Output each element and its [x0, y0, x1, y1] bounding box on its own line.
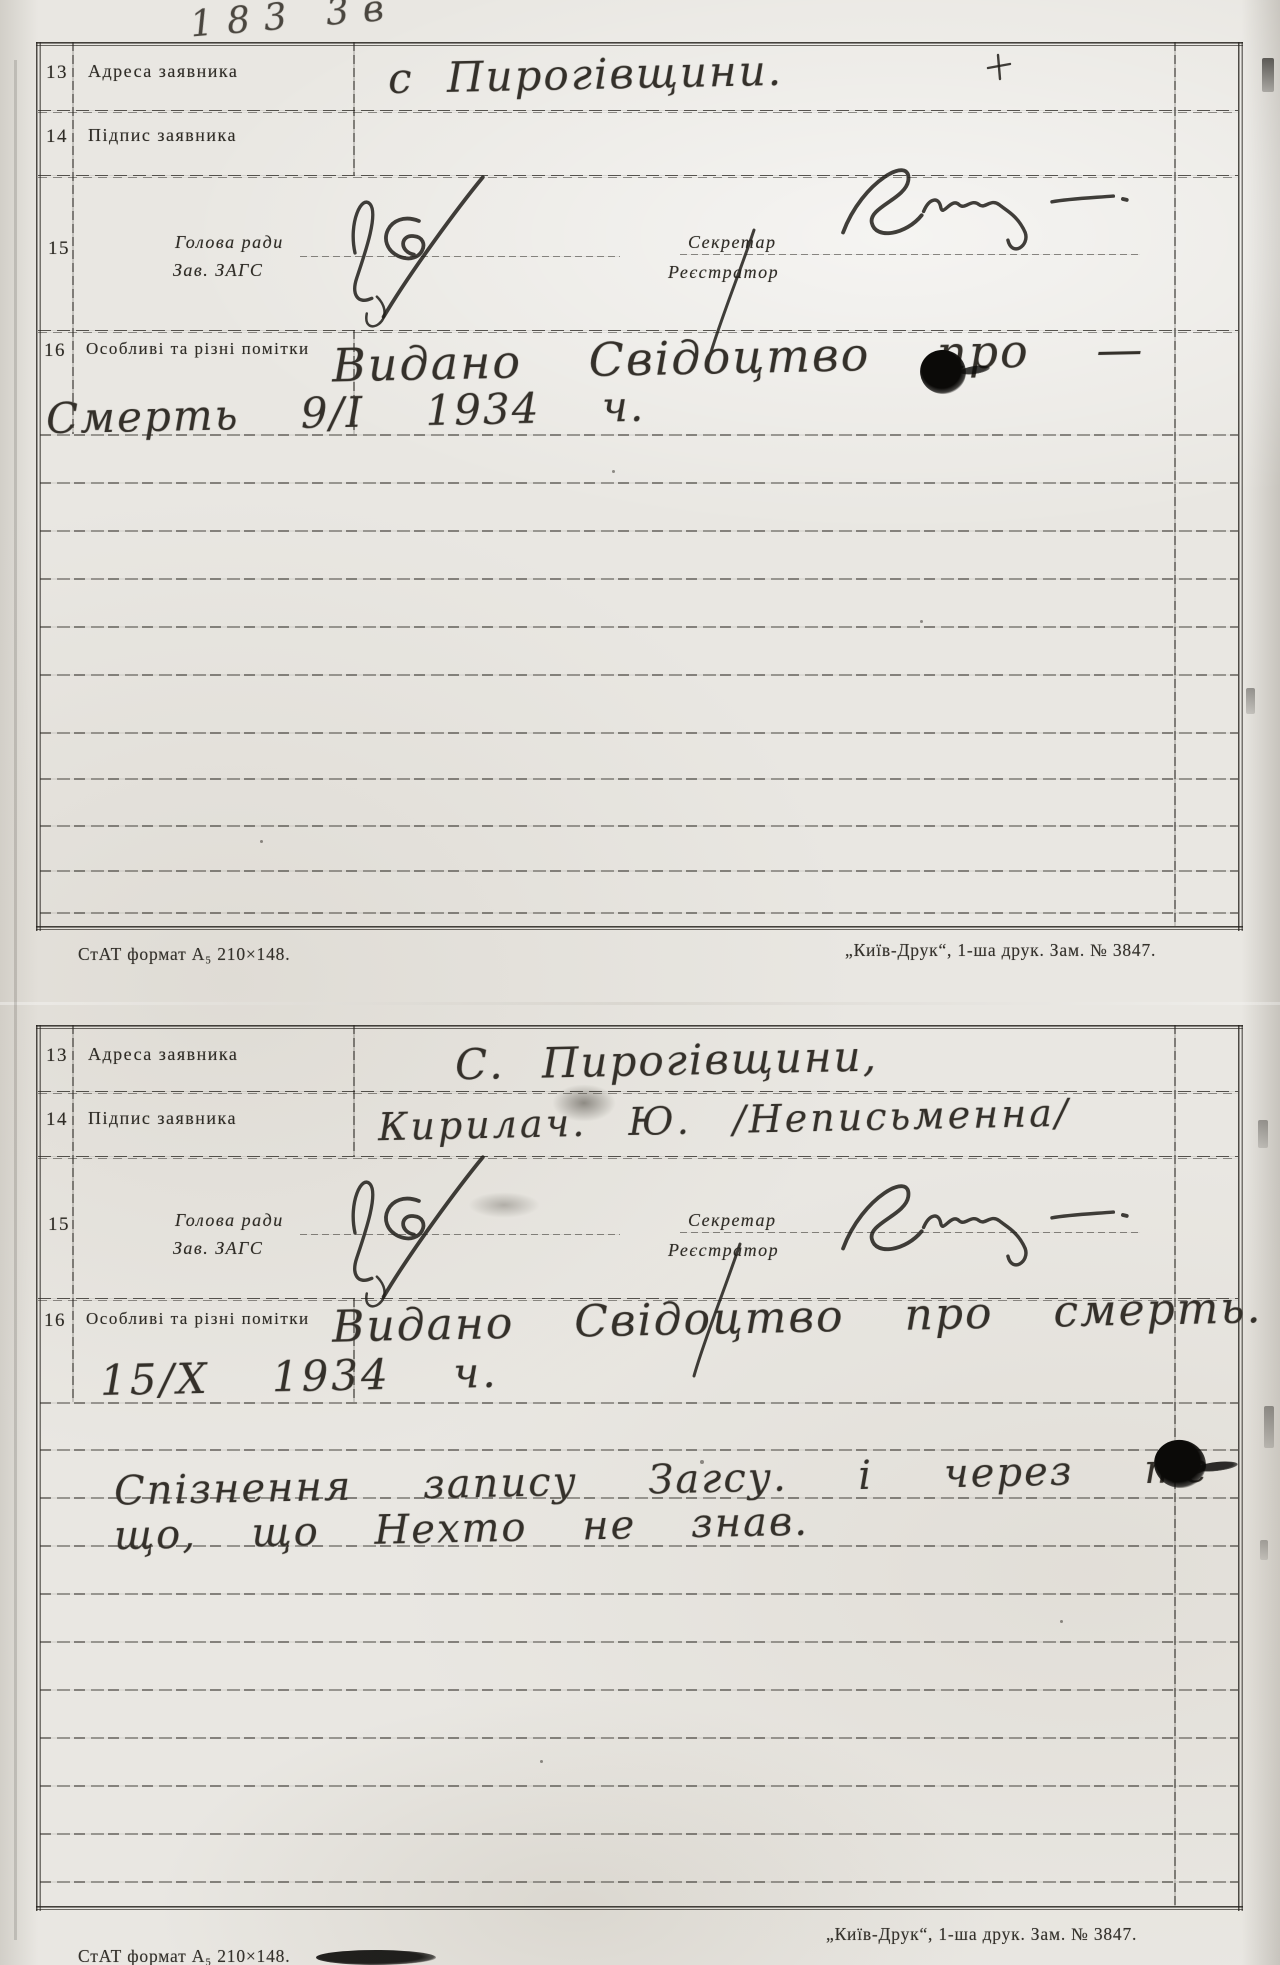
form2-row13-number: 13 [46, 1045, 68, 1067]
form1-ruled-line [40, 912, 1238, 914]
form2-secretary-signature [828, 1168, 1138, 1283]
form2-row16-number: 16 [44, 1310, 66, 1332]
form1-row16-number: 16 [44, 340, 66, 362]
form2-number-column-line [72, 1025, 74, 1402]
form2-row15-head-label-1: Голова ради [175, 1210, 284, 1231]
form1-ruled-line [40, 482, 1238, 484]
form2-row15-number: 15 [48, 1214, 70, 1236]
form1-row15-head-label-1: Голова ради [175, 232, 284, 253]
edge-mark [1264, 1406, 1274, 1448]
edge-mark [1260, 1540, 1268, 1560]
form2-row16-note-line2: 15/Х 1934 ч. [100, 1348, 500, 1405]
form1-ruled-line [40, 732, 1238, 734]
ink-smudge [552, 1084, 616, 1122]
form2-ruled-line [40, 1593, 1238, 1595]
form1-divider-13-14 [38, 110, 1238, 114]
page-number-note: 183 3в [189, 0, 400, 46]
form1-row14-number: 14 [46, 126, 68, 148]
form1-row16-label: Особливі та різні помітки [86, 339, 310, 359]
form1-label-column-line-a [353, 42, 355, 175]
form2-row14-number: 14 [46, 1109, 68, 1131]
form1-ruled-line [40, 674, 1238, 676]
form1-ruled-line [40, 778, 1238, 780]
form1-row13-number: 13 [46, 62, 68, 84]
form1-top-border [36, 42, 1243, 47]
form2-row16-label: Особливі та різні помітки [86, 1309, 310, 1329]
form1-ruled-line [40, 530, 1238, 532]
form2-footer-right: „Київ-Друк“, 1-ша друк. Зам. № 3847. [826, 1924, 1137, 1945]
form1-row15-head-label-2: Зав. ЗАГС [173, 260, 263, 281]
speck [540, 1760, 543, 1763]
speck [1060, 1620, 1063, 1623]
speck [612, 470, 615, 473]
form2-ruled-line [40, 1737, 1238, 1739]
form2-divider-14-15 [38, 1156, 1238, 1160]
form2-row14-label: Підпис заявника [88, 1108, 237, 1129]
form1-row15-number: 15 [48, 238, 70, 260]
form2-row15-sec-label-1: Секретар [688, 1210, 777, 1231]
form1-ruled-line [40, 825, 1238, 827]
form1-right-border [1238, 42, 1243, 931]
form2-ruled-line [40, 1689, 1238, 1691]
form2-footer-left: СтАТ формат А₅ 210×148. [78, 1946, 290, 1965]
form2-ruled-line [40, 1881, 1238, 1883]
form2-bottom-border [36, 1906, 1243, 1911]
form1-row13-label: Адреса заявника [88, 61, 238, 82]
form2-ruled-line [40, 1785, 1238, 1787]
form1-bottom-border [36, 926, 1243, 931]
form2-row15-head-label-2: Зав. ЗАГС [173, 1238, 263, 1259]
plus-mark [984, 52, 1014, 82]
bottom-edge-smudge [316, 1950, 436, 1965]
form1-footer-left: СтАТ формат А₅ 210×148. [78, 944, 290, 965]
form1-row14-label: Підпис заявника [88, 125, 237, 146]
form2-row14-value-handwriting: Кирилач. Ю. /Неписьменна/ [378, 1091, 1071, 1149]
edge-mark [1262, 58, 1274, 92]
form1-secretary-signature [828, 152, 1138, 267]
form1-number-column-line [72, 42, 74, 434]
form2-ruled-line [40, 1833, 1238, 1835]
form2-row13-value-handwriting: С. Пирогівщини, [455, 1032, 879, 1090]
form2-row13-label: Адреса заявника [88, 1044, 238, 1065]
binding-shadow [14, 60, 17, 1940]
form1-row13-value-handwriting: с Пирогівщини. [388, 46, 784, 103]
form1-ruled-line [40, 578, 1238, 580]
speck [700, 1460, 704, 1464]
form2-top-border [36, 1025, 1243, 1030]
paper-crease [0, 1002, 1280, 1005]
speck [260, 840, 263, 843]
form1-ruled-line [40, 870, 1238, 872]
form1-ruled-line [40, 626, 1238, 628]
form1-footer-right: „Київ-Друк“, 1-ша друк. Зам. № 3847. [845, 940, 1156, 961]
form1-head-signature [318, 168, 503, 353]
edge-mark [1246, 688, 1255, 714]
form2-ruled-line [40, 1641, 1238, 1643]
ink-smudge [468, 1192, 540, 1218]
scanned-registry-page: 183 3в 13 Адреса заявника с Пирогівщини. [0, 0, 1280, 1965]
speck [920, 620, 923, 623]
edge-mark [1258, 1120, 1268, 1148]
